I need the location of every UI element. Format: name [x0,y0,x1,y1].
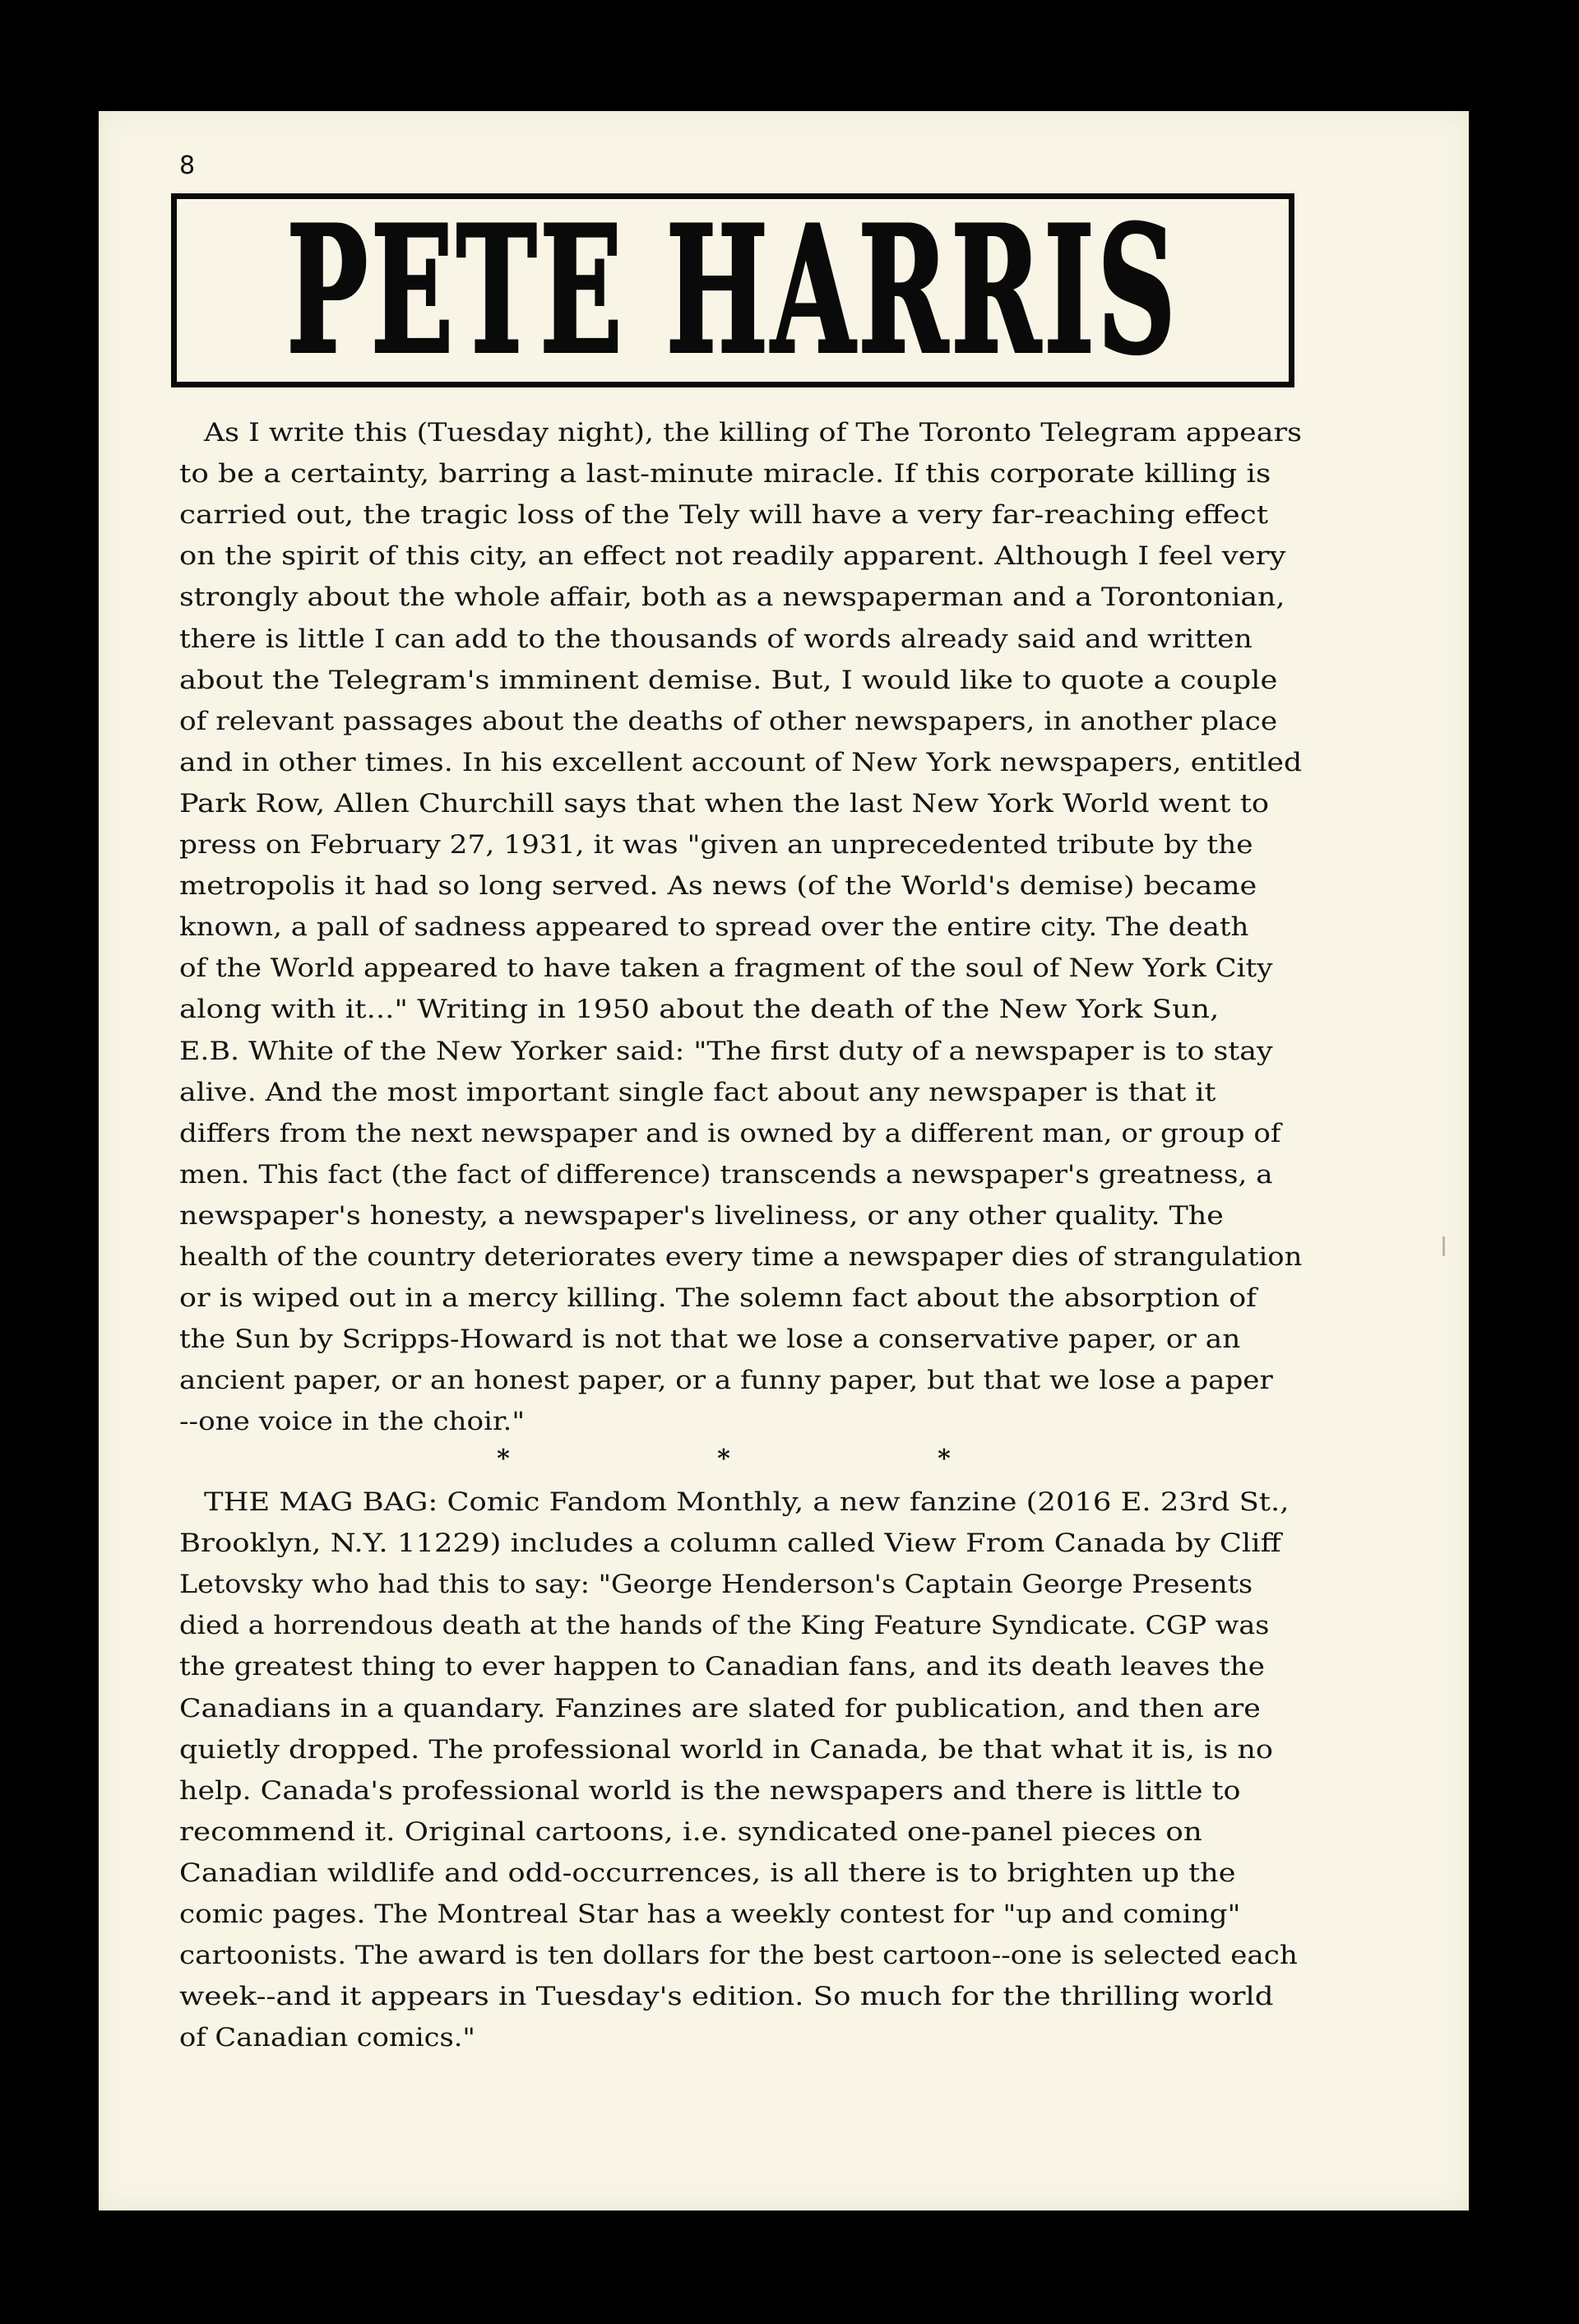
text-line: quietly dropped. The professional world … [179,1737,1273,1763]
text-line: carried out, the tragic loss of the Tely… [179,503,1268,528]
text-line: As I write this (Tuesday night), the kil… [204,420,1302,446]
text-line: newspaper's honesty, a newspaper's livel… [179,1204,1224,1229]
page-number: 8 [179,154,195,179]
text-line: Canadians in a quandary. Fanzines are sl… [179,1696,1261,1722]
text-line: E.B. White of the New Yorker said: "The … [179,1039,1273,1065]
text-line: strongly about the whole affair, both as… [179,585,1285,610]
text-line: about the Telegram's imminent demise. Bu… [179,668,1277,693]
asterisk-icon: * [938,1445,951,1473]
text-line: comic pages. The Montreal Star has a wee… [179,1902,1240,1927]
text-line: the greatest thing to ever happen to Can… [179,1654,1265,1680]
asterisk-icon: * [497,1445,510,1473]
text-line: Brooklyn, N.Y. 11229) includes a column … [179,1531,1281,1556]
text-line: Canadian wildlife and odd-occurrences, i… [179,1861,1236,1886]
text-line: known, a pall of sadness appeared to spr… [179,915,1248,940]
text-line: week--and it appears in Tuesday's editio… [179,1984,1274,2010]
headline-text: PETE HARRIS [287,203,1179,378]
text-line: differs from the next newspaper and is o… [179,1121,1281,1147]
text-line: or is wiped out in a mercy killing. The … [179,1286,1257,1311]
text-line: of Canadian comics." [179,2025,475,2051]
headline: PETE HARRIS [177,199,1289,382]
paper-blemish [1442,1236,1445,1256]
text-line: on the spirit of this city, an effect no… [179,544,1285,569]
magazine-page: 8 PETE HARRIS As I write this (Tuesday n… [99,111,1469,2210]
text-line: men. This fact (the fact of difference) … [179,1162,1273,1188]
text-line: and in other times. In his excellent acc… [179,750,1302,776]
text-line: ancient paper, or an honest paper, or a … [179,1368,1273,1394]
text-line: along with it..." Writing in 1950 about … [179,997,1219,1023]
text-line: health of the country deteriorates every… [179,1245,1302,1270]
text-line: there is little I can add to the thousan… [179,627,1253,652]
text-line: of relevant passages about the deaths of… [179,709,1277,735]
text-line: THE MAG BAG: Comic Fandom Monthly, a new… [204,1490,1289,1515]
text-line: Park Row, Allen Churchill says that when… [179,791,1269,817]
text-line: died a horrendous death at the hands of … [179,1613,1269,1639]
text-line: to be a certainty, barring a last-minute… [179,462,1271,487]
text-line: --one voice in the choir." [179,1409,525,1435]
text-line: help. Canada's professional world is the… [179,1779,1241,1804]
text-line: cartoonists. The award is ten dollars fo… [179,1943,1298,1969]
text-line: metropolis it had so long served. As new… [179,874,1257,899]
text-line: of the World appeared to have taken a fr… [179,956,1273,981]
headline-box: PETE HARRIS [171,193,1294,387]
text-line: press on February 27, 1931, it was "give… [179,833,1253,858]
text-line: Letovsky who had this to say: "George He… [179,1572,1253,1598]
text-line: alive. And the most important single fac… [179,1080,1216,1106]
text-line: recommend it. Original cartoons, i.e. sy… [179,1820,1202,1845]
text-line: the Sun by Scripps-Howard is not that we… [179,1327,1240,1352]
asterisk-icon: * [717,1445,730,1473]
